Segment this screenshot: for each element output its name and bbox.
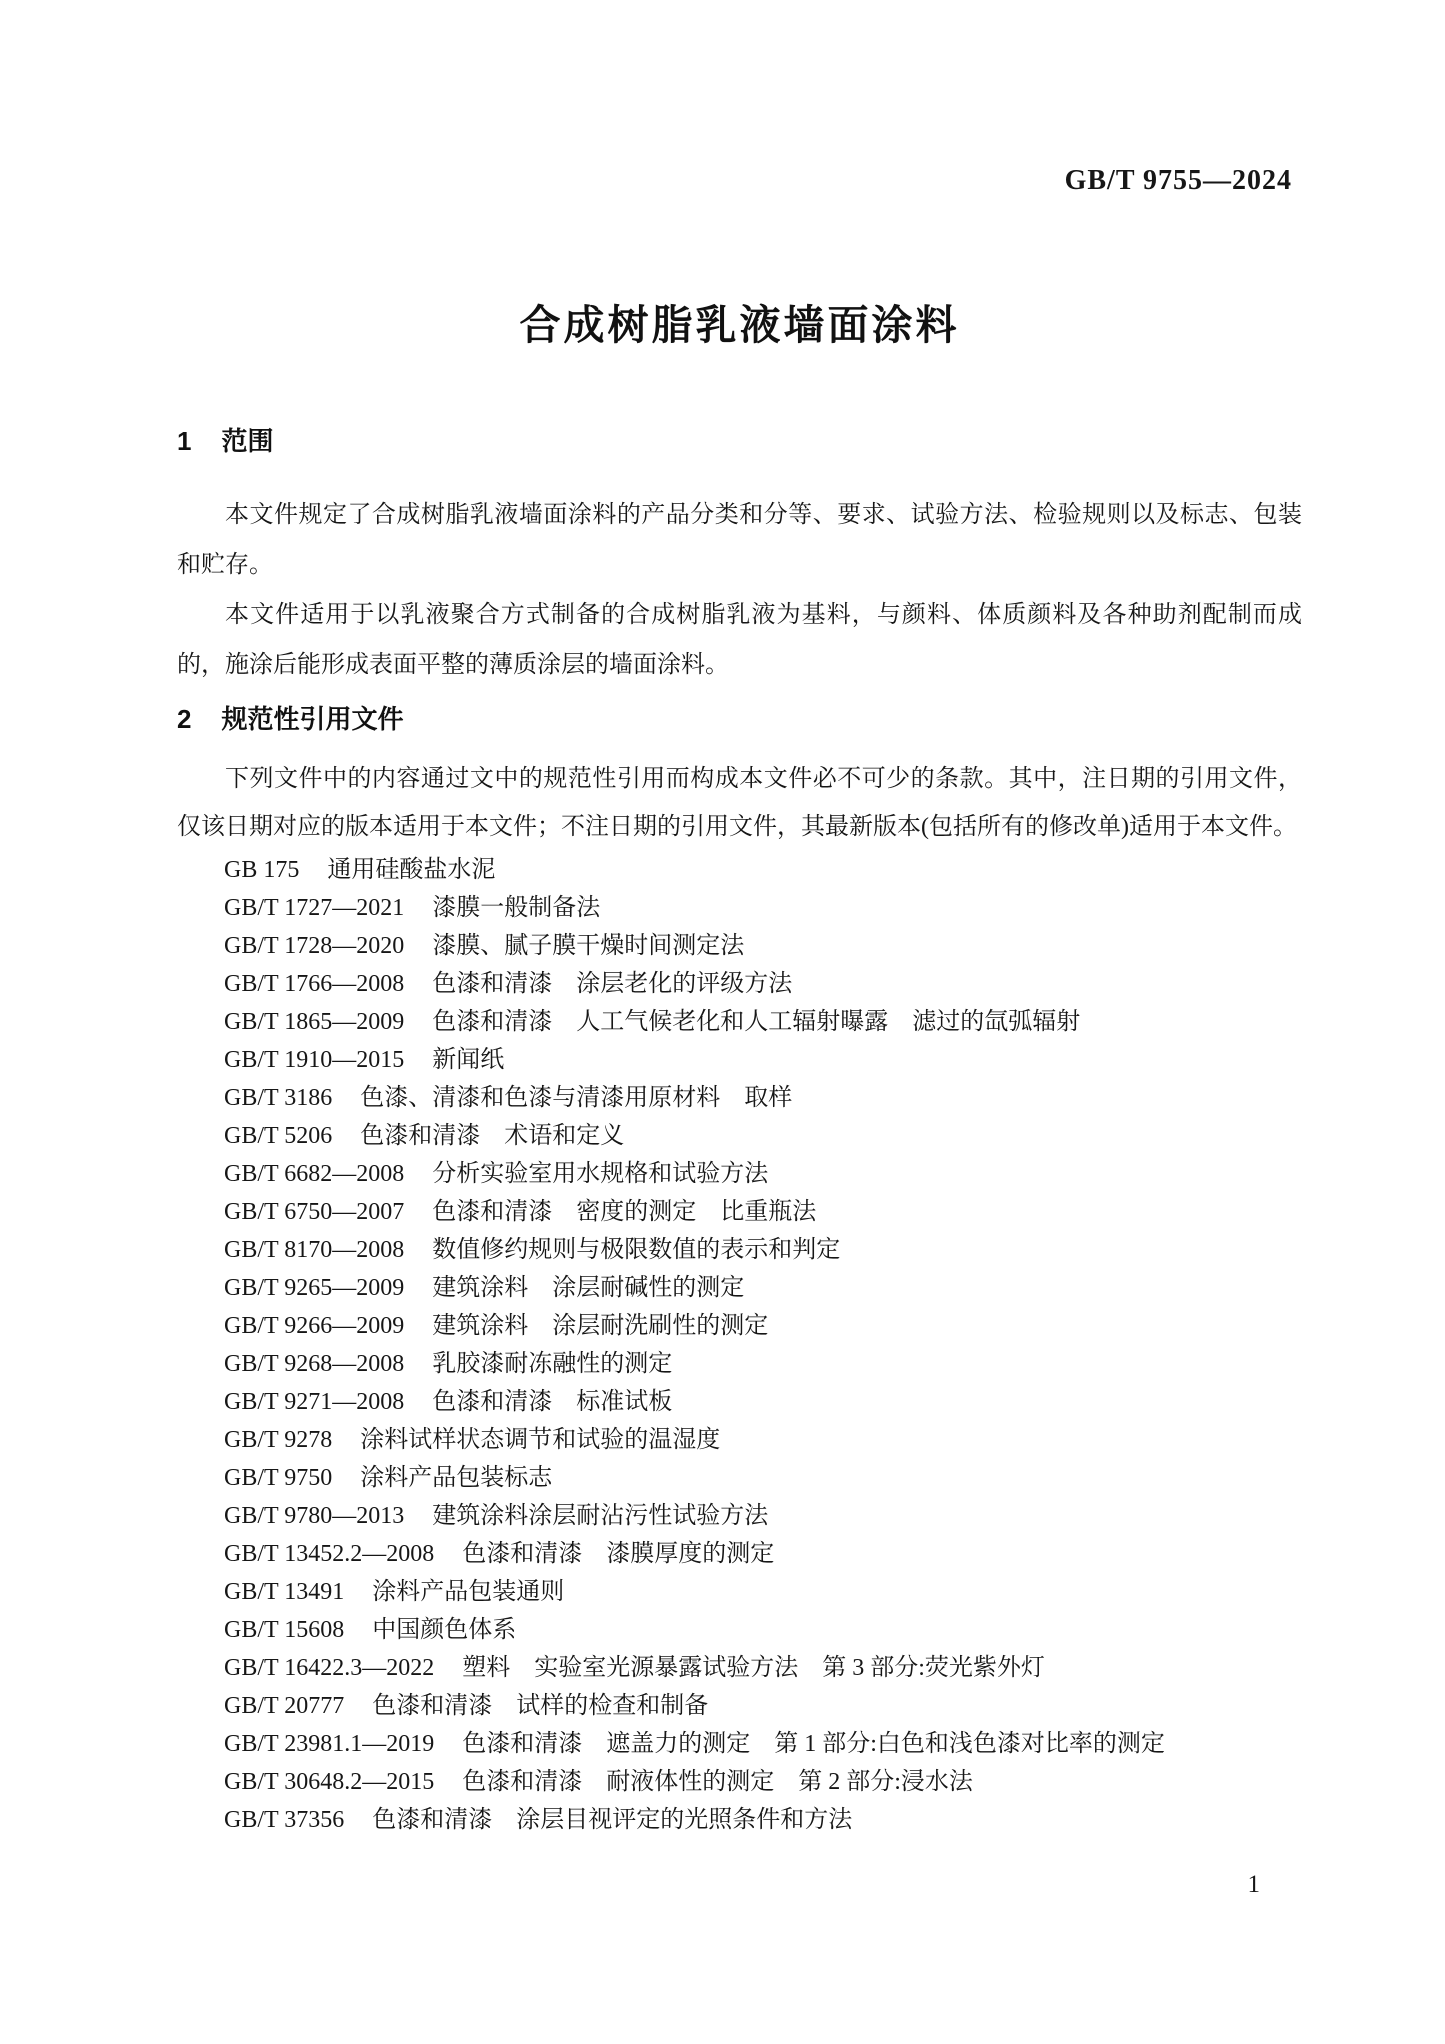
reference-title: 色漆和清漆 遮盖力的测定 第 1 部分:白色和浅色漆对比率的测定 — [462, 1731, 1165, 1757]
reference-code: GB/T 3186 — [224, 1085, 332, 1111]
reference-title: 色漆和清漆 涂层老化的评级方法 — [432, 971, 792, 997]
reference-item: GB/T 15608中国颜色体系 — [224, 1611, 1302, 1649]
reference-title: 分析实验室用水规格和试验方法 — [432, 1161, 768, 1187]
reference-code: GB/T 30648.2—2015 — [224, 1769, 434, 1795]
reference-title: 建筑涂料 涂层耐洗刷性的测定 — [432, 1313, 768, 1339]
reference-item: GB/T 3186色漆、清漆和色漆与清漆用原材料 取样 — [224, 1079, 1302, 1117]
reference-code: GB/T 1865—2009 — [224, 1009, 404, 1035]
reference-code: GB/T 20777 — [224, 1693, 344, 1719]
reference-title: 涂料产品包装标志 — [360, 1465, 552, 1491]
reference-title: 漆膜、腻子膜干燥时间测定法 — [432, 933, 744, 959]
reference-list: GB 175通用硅酸盐水泥 GB/T 1727—2021漆膜一般制备法 GB/T… — [177, 851, 1302, 1839]
reference-item: GB/T 1910—2015新闻纸 — [224, 1041, 1302, 1079]
reference-item: GB/T 5206色漆和清漆 术语和定义 — [224, 1117, 1302, 1155]
reference-title: 乳胶漆耐冻融性的测定 — [432, 1351, 672, 1377]
reference-item: GB/T 6750—2007色漆和清漆 密度的测定 比重瓶法 — [224, 1193, 1302, 1231]
reference-item: GB/T 1727—2021漆膜一般制备法 — [224, 889, 1302, 927]
reference-item: GB/T 1728—2020漆膜、腻子膜干燥时间测定法 — [224, 927, 1302, 965]
reference-item: GB/T 1766—2008色漆和清漆 涂层老化的评级方法 — [224, 965, 1302, 1003]
section-1-number: 1 — [177, 424, 191, 458]
reference-title: 通用硅酸盐水泥 — [327, 857, 495, 883]
reference-code: GB/T 15608 — [224, 1617, 344, 1643]
section-2-number: 2 — [177, 702, 191, 736]
reference-item: GB/T 8170—2008数值修约规则与极限数值的表示和判定 — [224, 1231, 1302, 1269]
reference-item: GB/T 13452.2—2008色漆和清漆 漆膜厚度的测定 — [224, 1535, 1302, 1573]
reference-title: 色漆和清漆 术语和定义 — [360, 1123, 624, 1149]
reference-title: 色漆和清漆 人工气候老化和人工辐射曝露 滤过的氙弧辐射 — [432, 1009, 1080, 1035]
reference-code: GB/T 1727—2021 — [224, 895, 404, 921]
reference-code: GB/T 9780—2013 — [224, 1503, 404, 1529]
reference-code: GB/T 9268—2008 — [224, 1351, 404, 1377]
standard-number: GB/T 9755—2024 — [177, 0, 1292, 195]
reference-code: GB/T 5206 — [224, 1123, 332, 1149]
reference-code: GB/T 9265—2009 — [224, 1275, 404, 1301]
reference-item: GB/T 13491涂料产品包装通则 — [224, 1573, 1302, 1611]
reference-item: GB/T 9780—2013建筑涂料涂层耐沾污性试验方法 — [224, 1497, 1302, 1535]
section-2-title: 规范性引用文件 — [221, 704, 403, 734]
reference-code: GB/T 1910—2015 — [224, 1047, 404, 1073]
reference-title: 色漆和清漆 耐液体性的测定 第 2 部分:浸水法 — [462, 1769, 973, 1795]
reference-title: 涂料试样状态调节和试验的温湿度 — [360, 1427, 720, 1453]
reference-code: GB/T 8170—2008 — [224, 1237, 404, 1263]
reference-code: GB/T 1728—2020 — [224, 933, 404, 959]
reference-title: 建筑涂料涂层耐沾污性试验方法 — [432, 1503, 768, 1529]
reference-item: GB/T 1865—2009色漆和清漆 人工气候老化和人工辐射曝露 滤过的氙弧辐… — [224, 1003, 1302, 1041]
page-number: 1 — [1248, 1872, 1261, 1897]
reference-item: GB/T 6682—2008分析实验室用水规格和试验方法 — [224, 1155, 1302, 1193]
reference-item: GB/T 37356色漆和清漆 涂层目视评定的光照条件和方法 — [224, 1801, 1302, 1839]
section-2-heading: 2规范性引用文件 — [177, 702, 1302, 736]
section-1-heading: 1范围 — [177, 424, 1302, 458]
section-1-body: 本文件规定了合成树脂乳液墙面涂料的产品分类和分等、要求、试验方法、检验规则以及标… — [177, 490, 1302, 690]
reference-title: 色漆和清漆 漆膜厚度的测定 — [462, 1541, 774, 1567]
reference-code: GB/T 6682—2008 — [224, 1161, 404, 1187]
reference-item: GB/T 9278涂料试样状态调节和试验的温湿度 — [224, 1421, 1302, 1459]
reference-item: GB/T 16422.3—2022塑料 实验室光源暴露试验方法 第 3 部分:荧… — [224, 1649, 1302, 1687]
reference-title: 色漆、清漆和色漆与清漆用原材料 取样 — [360, 1085, 792, 1111]
document-title: 合成树脂乳液墙面涂料 — [177, 300, 1302, 350]
reference-code: GB/T 9278 — [224, 1427, 332, 1453]
reference-title: 漆膜一般制备法 — [432, 895, 600, 921]
reference-code: GB/T 37356 — [224, 1807, 344, 1833]
reference-title: 涂料产品包装通则 — [372, 1579, 564, 1605]
reference-code: GB/T 16422.3—2022 — [224, 1655, 434, 1681]
reference-item: GB/T 23981.1—2019色漆和清漆 遮盖力的测定 第 1 部分:白色和… — [224, 1725, 1302, 1763]
reference-code: GB/T 9271—2008 — [224, 1389, 404, 1415]
reference-item: GB/T 9268—2008乳胶漆耐冻融性的测定 — [224, 1345, 1302, 1383]
reference-code: GB/T 6750—2007 — [224, 1199, 404, 1225]
reference-item: GB/T 9271—2008色漆和清漆 标准试板 — [224, 1383, 1302, 1421]
reference-item: GB/T 30648.2—2015色漆和清漆 耐液体性的测定 第 2 部分:浸水… — [224, 1763, 1302, 1801]
document-page: GB/T 9755—2024 合成树脂乳液墙面涂料 1范围 本文件规定了合成树脂… — [0, 0, 1445, 2044]
reference-title: 色漆和清漆 试样的检查和制备 — [372, 1693, 708, 1719]
reference-item: GB/T 9750涂料产品包装标志 — [224, 1459, 1302, 1497]
reference-item: GB/T 9265—2009建筑涂料 涂层耐碱性的测定 — [224, 1269, 1302, 1307]
reference-code: GB 175 — [224, 857, 299, 883]
reference-code: GB/T 9750 — [224, 1465, 332, 1491]
reference-code: GB/T 23981.1—2019 — [224, 1731, 434, 1757]
reference-title: 色漆和清漆 密度的测定 比重瓶法 — [432, 1199, 816, 1225]
section-1-title: 范围 — [221, 426, 273, 456]
reference-code: GB/T 1766—2008 — [224, 971, 404, 997]
reference-code: GB/T 13491 — [224, 1579, 344, 1605]
reference-item: GB/T 9266—2009建筑涂料 涂层耐洗刷性的测定 — [224, 1307, 1302, 1345]
reference-title: 色漆和清漆 涂层目视评定的光照条件和方法 — [372, 1807, 852, 1833]
reference-code: GB/T 9266—2009 — [224, 1313, 404, 1339]
reference-title: 新闻纸 — [432, 1047, 504, 1073]
reference-title: 色漆和清漆 标准试板 — [432, 1389, 672, 1415]
reference-title: 数值修约规则与极限数值的表示和判定 — [432, 1237, 840, 1263]
reference-title: 中国颜色体系 — [372, 1617, 516, 1643]
reference-item: GB/T 20777色漆和清漆 试样的检查和制备 — [224, 1687, 1302, 1725]
reference-item: GB 175通用硅酸盐水泥 — [224, 851, 1302, 889]
reference-code: GB/T 13452.2—2008 — [224, 1541, 434, 1567]
scope-paragraph-2: 本文件适用于以乳液聚合方式制备的合成树脂乳液为基料，与颜料、体质颜料及各种助剂配… — [177, 590, 1302, 690]
reference-title: 塑料 实验室光源暴露试验方法 第 3 部分:荧光紫外灯 — [462, 1655, 1045, 1681]
reference-title: 建筑涂料 涂层耐碱性的测定 — [432, 1275, 744, 1301]
scope-paragraph-1: 本文件规定了合成树脂乳液墙面涂料的产品分类和分等、要求、试验方法、检验规则以及标… — [177, 490, 1302, 590]
normative-references-intro: 下列文件中的内容通过文中的规范性引用而构成本文件必不可少的条款。其中，注日期的引… — [177, 755, 1302, 851]
